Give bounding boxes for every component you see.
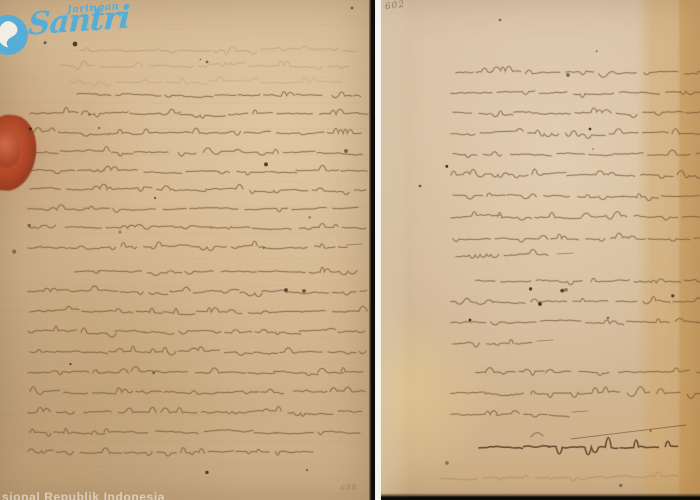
handwritten-text-left bbox=[0, 0, 369, 500]
scan-edge-band bbox=[381, 493, 700, 500]
manuscript-page-right: 602 bbox=[381, 0, 700, 500]
handwritten-text-right bbox=[381, 0, 700, 500]
scanned-manuscript: 688 602 Jaringan Santri sional Republik … bbox=[0, 0, 700, 500]
manuscript-page-left: 688 bbox=[0, 0, 369, 500]
page-divider bbox=[369, 0, 381, 500]
